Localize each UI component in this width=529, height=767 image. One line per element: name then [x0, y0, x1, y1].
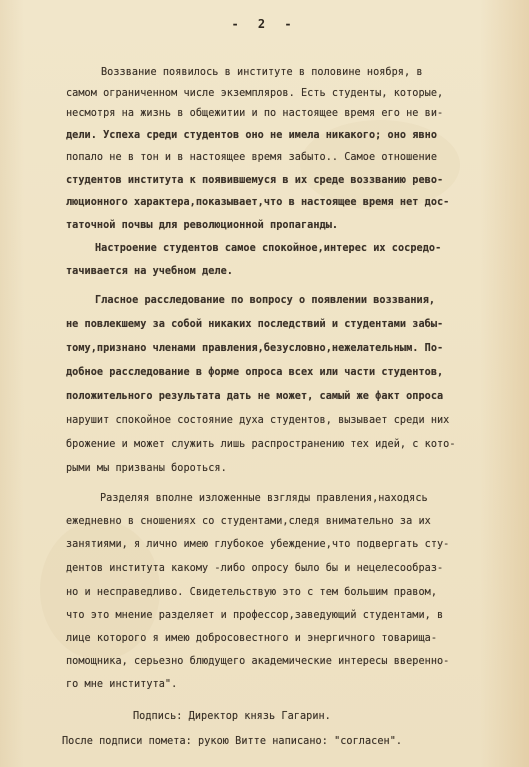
page-number: - 2 - — [0, 17, 529, 31]
text-line: несмотря на жизнь в общежитии и по насто… — [66, 108, 443, 120]
text-line: но и несправедливо. Свидетельствую это с… — [66, 587, 437, 599]
text-line: добное расследование в форме опроса всех… — [66, 367, 443, 379]
annotation-line: После подписи помета: рукою Витте написа… — [62, 736, 402, 748]
typewritten-page: - 2 - Воззвание появилось в институте в … — [0, 0, 529, 767]
text-line: Настроение студентов самое спокойное,инт… — [95, 243, 441, 255]
text-line: помощника, серьезно блюдущего академичес… — [66, 656, 449, 668]
text-line: тачивается на учебном деле. — [66, 266, 233, 278]
signature-line: Подпись: Директор князь Гагарин. — [133, 711, 331, 723]
text-line: рыми мы призваны бороться. — [66, 463, 227, 475]
text-line: лице которого я имею добросовестного и э… — [66, 633, 437, 645]
text-line: самом ограниченном числе экземпляров. Ес… — [66, 88, 443, 100]
text-line: студентов института к появившемуся в их … — [66, 175, 443, 187]
text-line: тому,признано членами правления,безуслов… — [66, 343, 443, 355]
text-line: занятиями, я лично имею глубокое убежден… — [66, 539, 449, 551]
text-line: дентов института какому -либо опросу был… — [66, 563, 443, 575]
text-line: попало не в тон и в настоящее время забы… — [66, 152, 437, 164]
text-line: люционного характера,показывает,что в на… — [66, 197, 449, 209]
text-line: го мне института". — [66, 679, 177, 691]
text-line: не повлекшему за собой никаких последств… — [66, 319, 443, 331]
text-line: дели. Успеха среди студентов оно не имел… — [66, 130, 437, 142]
text-line: таточной почвы для революционной пропага… — [66, 220, 338, 232]
text-line: нарушит спокойное состояние духа студент… — [66, 415, 449, 427]
text-line: что это мнение разделяет и профессор,зав… — [66, 610, 443, 622]
text-line: Воззвание появилось в институте в полови… — [101, 67, 423, 79]
text-line: Гласное расследование по вопросу о появл… — [95, 295, 435, 307]
text-line: Разделяя вполне изложенные взгляды правл… — [100, 493, 428, 505]
text-line: ежедневно в сношениях со студентами,след… — [66, 516, 431, 528]
text-line: брожение и может служить лишь распростра… — [66, 439, 456, 451]
text-line: положительного результата дать не может,… — [66, 391, 443, 403]
